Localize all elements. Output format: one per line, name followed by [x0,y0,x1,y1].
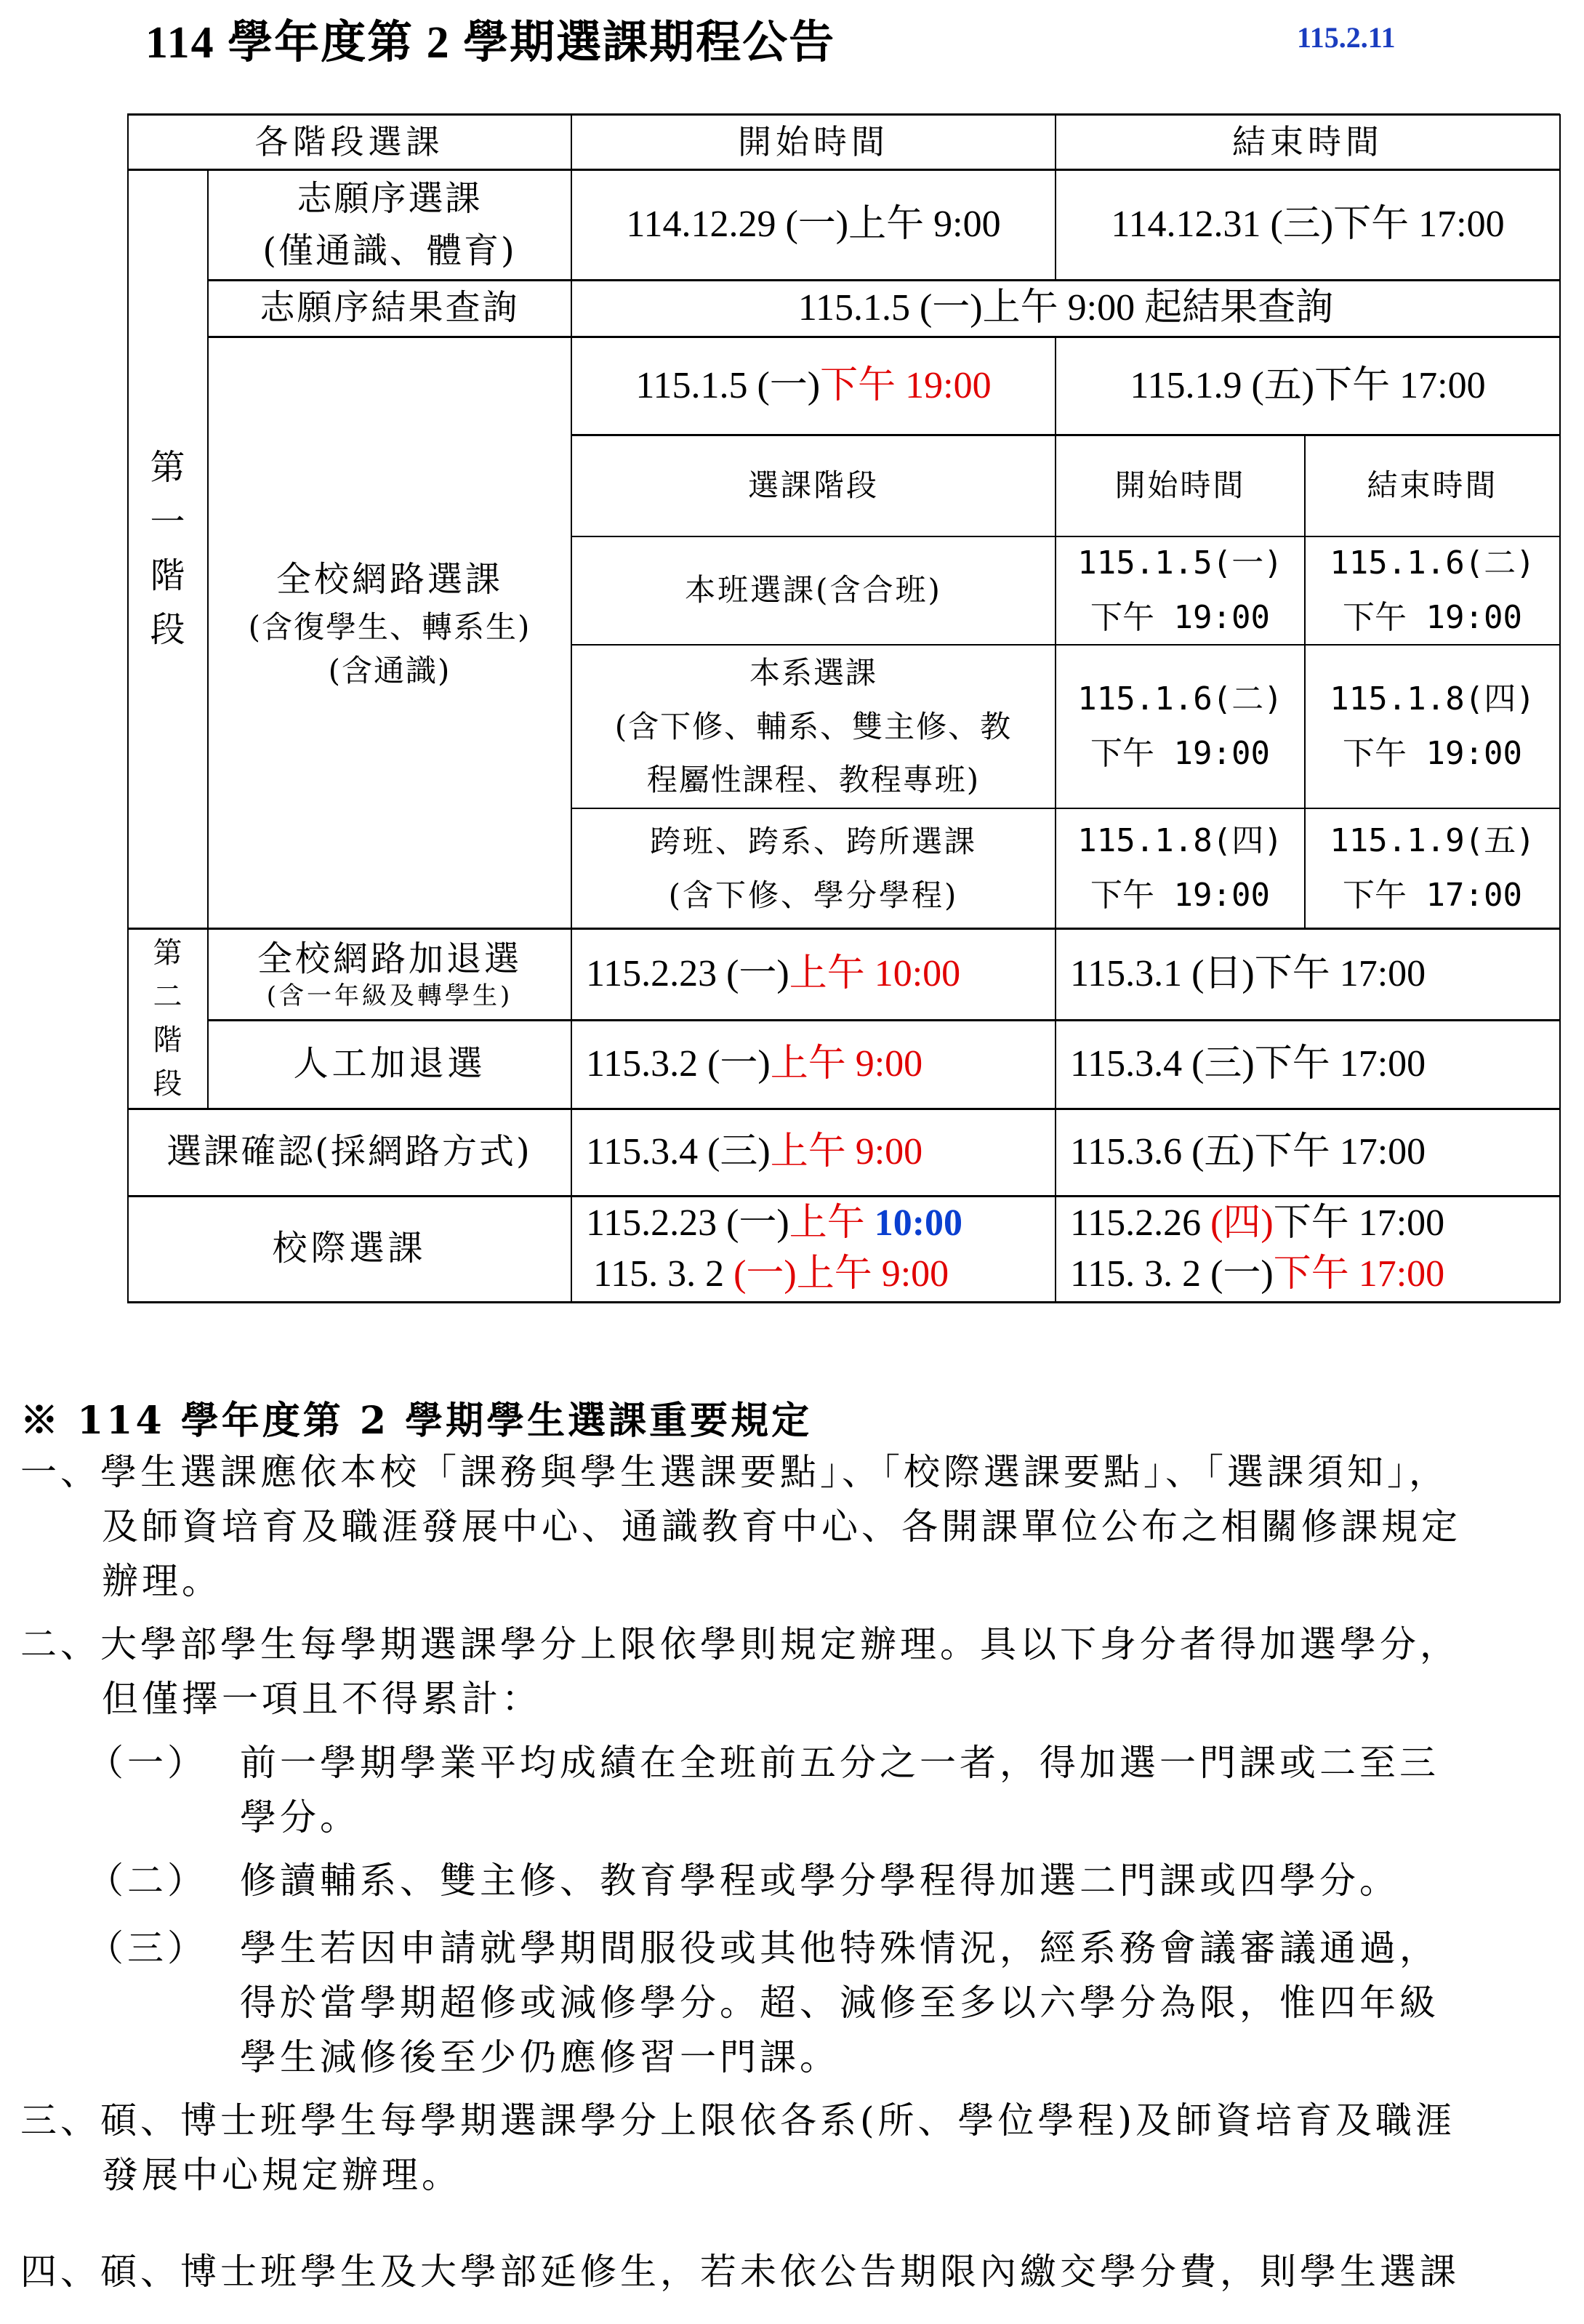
weekday-text: (四) [1210,1202,1274,1244]
date-text: 115.2.26 [1070,1202,1210,1244]
online-selection-end: 115.1.9 (五)下午 17:00 [1056,337,1560,435]
date-text: 114.12.29 (一) [626,197,848,252]
date-text: 115.2.23 (一) [586,1202,789,1244]
row-name-line: (含一年級及轉學生) [267,981,513,1012]
ampm-text: 上午 [789,1202,875,1244]
stage-line: (含下修、學分學程) [669,869,959,922]
stage2-label: 第 二 階 段 [127,928,208,1109]
rules-heading: ※ 114 學年度第 2 學期學生選課重要規定 [20,1390,812,1444]
stage-char: 階 [150,549,185,603]
selection-confirm-name: 選課確認(採網路方式) [127,1109,571,1196]
row-name-line: (含通識) [329,649,451,693]
date-text: 115.1.6(二) [1077,672,1282,727]
stage-line: 程屬性課程、教程專班) [647,753,980,807]
rule-item-2: 二、大學部學生每學期選課學分上限依學則規定辦理。具以下身分者得加選學分， 但僅擇… [20,1617,1569,1726]
date-text: 115. 3. 2 [593,1253,733,1295]
subtable-header-stage: 選課階段 [571,435,1056,536]
inter-school-end-line2: 115. 3. 2 (一)下午 17:00 [1070,1249,1444,1300]
online-selection-name: 全校網路選課 (含復學生、轉系生) (含通識) [208,337,571,928]
header-stage: 各階段選課 [127,114,571,169]
date-text: 114.12.31 (三) [1111,197,1333,252]
rule-item-1: 一、學生選課應依本校「課務與學生選課要點」、「校際選課要點」、「選課須知」， 及… [20,1445,1569,1609]
date-text: 115.3.6 (五) [1070,1125,1255,1179]
subtable-start: 115.1.5(一) 下午 19:00 [1056,536,1305,645]
time-text: 上午 9:00 [771,1037,922,1091]
rule-sub-number: （二） [87,1854,240,1908]
rule-line: 學生若因申請就學期間服役或其他特殊情況，經系務會議審議通過， [240,1927,1439,1969]
preference-selection-name: 志願序選課 (僅通識、體育) [208,169,571,280]
rule-subitem-3: （三）學生若因申請就學期間服役或其他特殊情況，經系務會議審議通過， 得於當學期超… [87,1921,1584,2085]
date-text: 115.3.4 (三) [1070,1037,1255,1091]
stage-char: 一 [150,495,185,549]
rule-line: 辦理。 [20,1554,1569,1609]
selection-confirm-end: 115.3.6 (五)下午 17:00 [1056,1109,1560,1196]
time-text: 下午 17:00 [1255,946,1426,1001]
time-text: 下午 17:00 [1343,869,1522,923]
header-start-time: 開始時間 [571,114,1056,169]
inter-school-start-line1: 115.2.23 (一)上午 10:00 [586,1198,962,1249]
subtable-stage-cross: 跨班、跨系、跨所選課 (含下修、學分學程) [571,808,1056,928]
time-text: 上午 9:00 [771,1125,922,1179]
time-text: 下午 17:00 [1255,1125,1426,1179]
date-text: 115.3.2 (一) [586,1037,771,1091]
subtable-start: 115.1.6(二) 下午 19:00 [1056,645,1305,808]
subtable-end: 115.1.6(二) 下午 19:00 [1305,536,1560,645]
header-end-time: 結束時間 [1056,114,1560,169]
rule-item-3: 三、碩、博士班學生每學期選課學分上限依各系(所、學位學程)及師資培育及職涯 發展… [20,2094,1569,2203]
stage-line: 本系選課 [749,646,877,700]
date-text: 115. 3. 2 (一) [1070,1253,1274,1295]
announcement-date: 115.2.11 [1297,20,1396,55]
date-text: 115.3.1 (日) [1070,946,1255,1001]
date-text: 115.1.5 (一) [635,358,820,413]
manual-add-drop-end: 115.3.4 (三)下午 17:00 [1056,1020,1560,1109]
inter-school-name: 校際選課 [127,1196,571,1302]
stage-line: (含下修、輔系、雙主修、教 [615,700,1012,754]
time-text: 下午 17:00 [1274,1253,1444,1295]
rule-line: 大學部學生每學期選課學分上限依學則規定辦理。具以下身分者得加選學分， [100,1623,1460,1665]
time-text: 下午 17:00 [1274,1202,1444,1244]
rule-line: 學生選課應依本校「課務與學生選課要點」、「校際選課要點」、「選課須知」， [100,1451,1449,1493]
stage-char: 階 [153,1018,182,1062]
inter-school-end-line1: 115.2.26 (四)下午 17:00 [1070,1198,1444,1249]
rule-line: 但僅擇一項且不得累計： [20,1672,1569,1726]
rule-number: 三、 [20,2099,100,2142]
time-text: 上午 10:00 [789,946,960,1001]
rule-line: 及師資培育及職涯發展中心、通識教育中心、各開課單位公布之相關修課規定 [20,1500,1569,1554]
row-name-line: 全校網路選課 [276,555,503,606]
row-name-line: 全校網路加退選 [257,937,522,981]
stage1-label: 第 一 階 段 [127,169,208,928]
date-text: 115.1.6(二) [1330,536,1535,591]
date-text: 115.1.5(一) [1077,536,1282,591]
date-text: 115.2.23 (一) [586,946,789,1001]
subtable-end: 115.1.8(四) 下午 19:00 [1305,645,1560,808]
time-text: 下午 19:00 [1343,591,1522,646]
add-drop-online-name: 全校網路加退選 (含一年級及轉學生) [208,928,571,1020]
rule-line: 學分。 [87,1790,1584,1845]
stage-char: 第 [153,931,182,975]
rule-line: 前一學期學業平均成績在全班前五分之一者，得加選一門課或二至三 [240,1742,1439,1784]
selection-confirm-start: 115.3.4 (三)上午 9:00 [571,1109,1056,1196]
add-drop-online-start: 115.2.23 (一)上午 10:00 [571,928,1056,1020]
time-text: 下午 17:00 [1314,358,1485,413]
date-text: 115.1.8(四) [1330,672,1535,727]
rule-sub-number: （三） [87,1921,240,1976]
preference-result-query-name: 志願序結果查詢 [208,280,571,337]
date-text: 115.1.9(五) [1330,814,1535,869]
time-text: 10:00 [875,1202,962,1244]
rule-line: 碩、博士班學生及大學部延修生，若未依公告期限內繳交學分費，則學生選課 [100,2251,1460,2293]
inter-school-end: 115.2.26 (四)下午 17:00 115. 3. 2 (一)下午 17:… [1056,1196,1560,1302]
subtable-end: 115.1.9(五) 下午 17:00 [1305,808,1560,928]
rule-subitem-1: （一）前一學期學業平均成績在全班前五分之一者，得加選一門課或二至三 學分。 [87,1736,1584,1845]
time-text: 下午 19:00 [820,358,991,413]
subtable-stage-own-dept: 本系選課 (含下修、輔系、雙主修、教 程屬性課程、教程專班) [571,645,1056,808]
date-text: 115.1.8(四) [1077,814,1282,869]
time-text: 下午 19:00 [1343,727,1522,781]
page-title: 114 學年度第 2 學期選課期程公告 [145,6,835,71]
preference-selection-start: 114.12.29 (一)上午 9:00 [571,169,1056,280]
subtable-header-end: 結束時間 [1305,435,1560,536]
manual-add-drop-start: 115.3.2 (一)上午 9:00 [571,1020,1056,1109]
inter-school-start-line2: 115. 3. 2 (一)上午 9:00 [586,1249,949,1300]
rule-number: 一、 [20,1451,100,1493]
stage-char: 段 [153,1062,182,1106]
date-text: 115.1.9 (五) [1130,358,1314,413]
rule-line: 碩、博士班學生每學期選課學分上限依各系(所、學位學程)及師資培育及職涯 [100,2099,1455,2142]
time-text: 下午 19:00 [1090,869,1270,923]
time-text: 下午 19:00 [1090,591,1270,646]
stage-char: 二 [153,975,182,1018]
manual-add-drop-name: 人工加退選 [208,1020,571,1109]
rule-number: 二、 [20,1623,100,1665]
stage-char: 段 [150,603,185,656]
stage-line: 跨班、跨系、跨所選課 [650,815,977,869]
rule-line: 發展中心規定辦理。 [20,2148,1569,2203]
time-text: 下午 17:00 [1255,1037,1426,1091]
rule-subitem-2: （二）修讀輔系、雙主修、教育學程或學分學程得加選二門課或四學分。 [87,1854,1584,1908]
rule-line: 得於當學期超修或減修學分。超、減修至多以六學分為限，惟四年級 [87,1976,1584,2030]
preference-selection-end: 114.12.31 (三)下午 17:00 [1056,169,1560,280]
add-drop-online-end: 115.3.1 (日)下午 17:00 [1056,928,1560,1020]
rule-sub-number: （一） [87,1736,240,1790]
weekday-text: (一) [733,1253,797,1295]
date-text: 115.3.4 (三) [586,1125,771,1179]
rule-line: 修讀輔系、雙主修、教育學程或學分學程得加選二門課或四學分。 [240,1859,1399,1902]
inter-school-start: 115.2.23 (一)上午 10:00 115. 3. 2 (一)上午 9:0… [571,1196,1056,1302]
row-name-line: 志願序選課 [297,172,482,225]
row-name-line: (含復學生、轉系生) [249,606,531,650]
stage-char: 第 [150,441,185,494]
row-name-line: (僅通識、體育) [262,225,516,277]
time-text: 上午 9:00 [848,197,1000,252]
rule-number: 四、 [20,2251,100,2293]
subtable-header-start: 開始時間 [1056,435,1305,536]
time-text: 下午 17:00 [1333,197,1504,252]
time-text: 上午 9:00 [797,1253,949,1295]
subtable-stage-own-class: 本班選課(含合班) [571,536,1056,645]
rule-line: 學生減修後至少仍應修習一門課。 [87,2030,1584,2085]
preference-result-query-time: 115.1.5 (一)上午 9:00 起結果查詢 [571,280,1560,337]
subtable-start: 115.1.8(四) 下午 19:00 [1056,808,1305,928]
rule-item-4: 四、碩、博士班學生及大學部延修生，若未依公告期限內繳交學分費，則學生選課 [20,2245,1569,2299]
time-text: 下午 19:00 [1090,727,1270,781]
online-selection-start: 115.1.5 (一)下午 19:00 [571,337,1056,435]
